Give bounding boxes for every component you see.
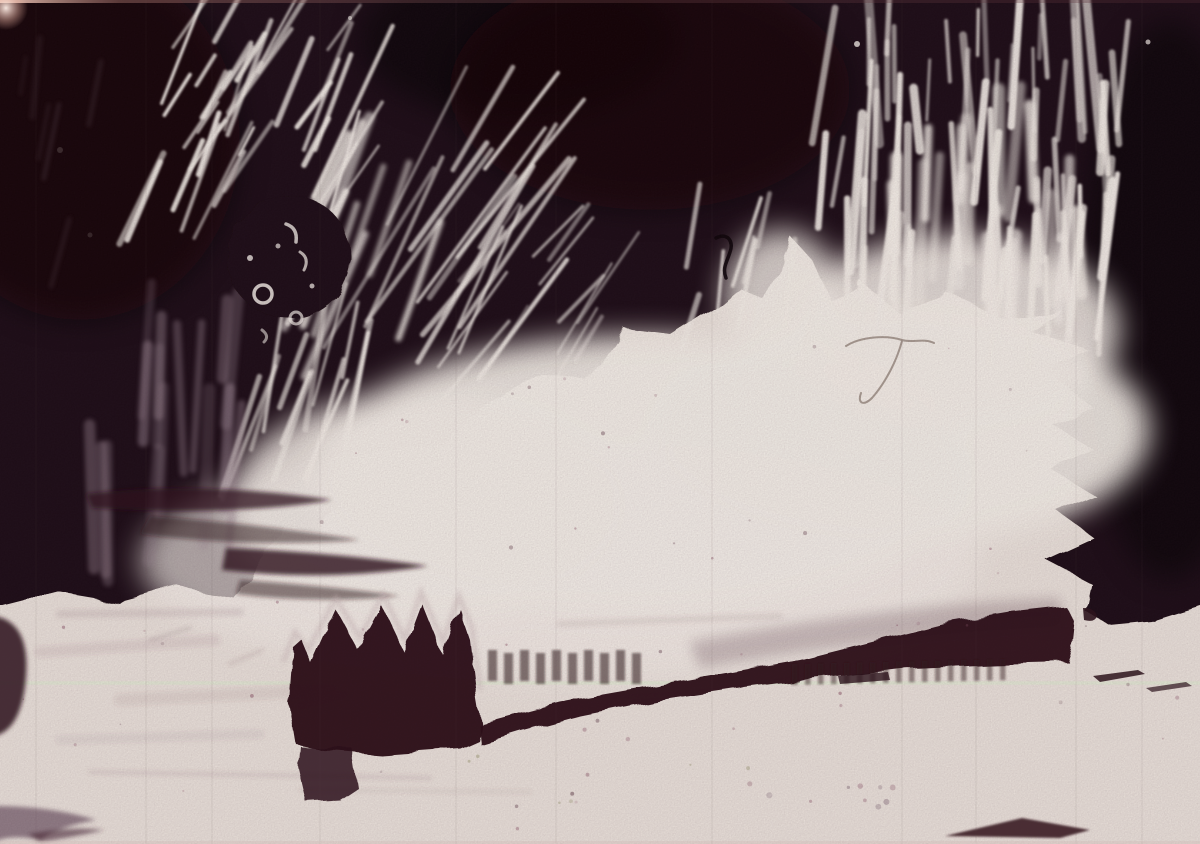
abstract-painting-canvas xyxy=(0,0,1200,844)
film-grain xyxy=(0,0,1200,844)
artwork-frame xyxy=(0,0,1200,844)
top-edge-hairline xyxy=(0,0,1200,3)
